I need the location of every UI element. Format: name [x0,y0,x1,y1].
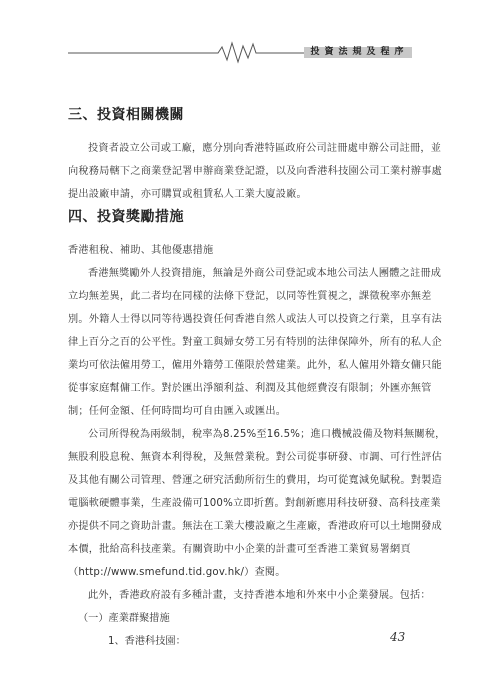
paragraph-line: 制；任何金額、任何時間均可自由匯入或匯出。 [68,402,413,417]
paragraph-line: 公司所得稅為兩級制，稅率為8.25%至16.5%；進口機械設備及物料無關稅， [88,425,433,440]
paragraph-line: 投資者設立公司或工廠，應分別向香港特區政府公司註冊處申辦公司註冊，並 [88,139,433,154]
list-subitem: 1、香港科技園： [108,632,186,647]
paragraph-line: 向稅務局轄下之商業登記署申辦商業登記證，以及向香港科技園公司工業村辦事處 [68,162,413,177]
paragraph-line: 亦提供不同之資助計畫。無法在工業大樓設廠之生產廠，香港政府可以土地開發成 [68,517,413,532]
subsection-title: 香港租稅、補助、其他優惠措施 [68,241,413,256]
paragraph-line: 此外，香港政府設有多種計畫，支持香港本地和外來中小企業發展。包括： [88,586,433,601]
page-number: 43 [390,630,405,644]
paragraph-line: 業均可依法僱用勞工，僱用外籍勞工僅限於營建業。此外，私人僱用外籍女傭只能 [68,356,413,371]
paragraph-line: 電腦軟硬體事業，生產設備可100%立即折舊。對創新應用科技研發、高科技產業 [68,494,413,509]
paragraph-line: 別。外籍人士得以同等待遇投資任何香港自然人或法人可以投資之行業，且享有法 [68,310,413,325]
list-item-heading: （一）產業群聚措施 [78,609,170,624]
paragraph-line: 無股利股息稅、無資本利得稅，及無營業稅。對公司從事研發、市調、可行性評估 [68,448,413,463]
zigzag-rule-icon [0,0,480,70]
paragraph-line: 立均無差異，此二者均在同樣的法條下登記，以同等性質視之，課徵稅率亦無差 [68,287,413,302]
paragraph-line: 提出設廠申請，亦可購買或租賃私人工業大廈設廠。 [68,185,413,200]
running-title: 投資法規及程序 [304,47,412,58]
paragraph-line: 香港無獎勵外人投資措施，無論是外商公司登記或本地公司法人團體之註冊成 [88,264,433,279]
paragraph-line: 律上百分之百的公平性。對童工與婦女勞工另有特別的法律保障外，所有的私人企 [68,333,413,348]
section-title-3: 三、投資相關機關 [68,104,184,124]
running-header: 投資法規及程序 [0,0,480,70]
paragraph-line: （http://www.smefund.tid.gov.hk/）查閱。 [68,563,413,578]
paragraph-line: 本價，批給高科技產業。有關資助中小企業的計畫可至香港工業貿易署網頁 [68,540,413,555]
paragraph-line: 及其他有關公司管理、營運之研究活動所衍生的費用，均可從寬減免賦稅。對製造 [68,471,413,486]
section-title-4: 四、投資獎勵措施 [68,206,184,226]
paragraph-line: 從事家庭幫傭工作。對於匯出淨額利益、利潤及其他經費沒有限制；外匯亦無管 [68,379,413,394]
